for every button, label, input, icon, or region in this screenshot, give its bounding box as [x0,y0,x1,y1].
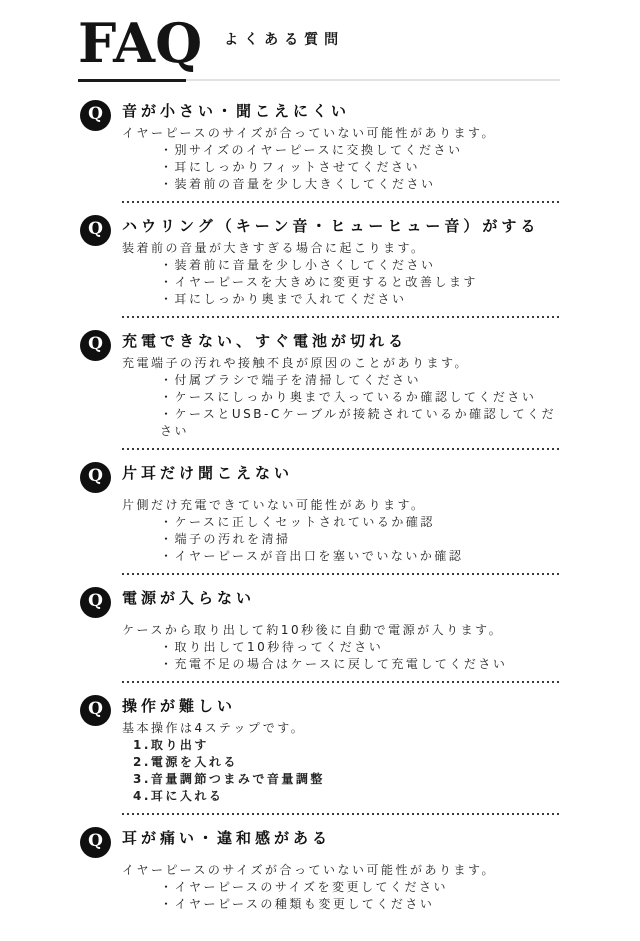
dotted-separator [122,813,560,815]
faq-logo: FAQ [78,16,202,70]
faq-item-3: Q 充電できない、すぐ電池が切れる 充電端子の汚れや接触不良が原因のことがありま… [78,326,560,458]
faq-question: 電源が入らない [122,587,560,609]
header-rule [78,79,560,82]
dotted-separator [122,316,560,318]
faq-step: 3.音量調節つまみで音量調整 [133,771,560,788]
faq-question: 耳が痛い・違和感がある [122,827,560,849]
faq-answer: イヤーピースのサイズが合っていない可能性があります。 [122,862,560,879]
page-subtitle: よくある質問 [224,29,344,49]
faq-tip: ・装着前に音量を少し小さくしてください [160,257,560,274]
faq-item-1: Q 音が小さい・聞こえにくい イヤーピースのサイズが合っていない可能性があります… [78,96,560,211]
faq-tip: ・ケースにしっかり奥まで入っているか確認してください [160,389,560,406]
faq-list: Q 音が小さい・聞こえにくい イヤーピースのサイズが合っていない可能性があります… [78,96,560,921]
dotted-separator [122,681,560,683]
faq-question: 操作が難しい [122,695,560,717]
faq-item-2: Q ハウリング（キーン音・ヒューヒュー音）がする 装着前の音量が大きすぎる場合に… [78,211,560,326]
faq-tip-list: ・取り出して10秒待ってください ・充電不足の場合はケースに戻して充電してくださ… [122,639,560,673]
dotted-separator [122,201,560,203]
faq-question: ハウリング（キーン音・ヒューヒュー音）がする [122,215,560,237]
faq-tip: ・ケースとUSB-Cケーブルが接続されているか確認してください [160,406,560,440]
faq-tip-list: ・付属ブラシで端子を清掃してください ・ケースにしっかり奥まで入っているか確認し… [122,372,560,440]
faq-tip: ・イヤーピースの種類も変更してください [160,896,560,913]
q-badge-icon: Q [80,330,111,361]
page-header: FAQ よくある質問 [78,16,560,82]
q-badge-icon: Q [80,695,111,726]
faq-tip: ・耳にしっかりフィットさせてください [160,159,560,176]
faq-tip-list: ・別サイズのイヤーピースに交換してください ・耳にしっかりフィットさせてください… [122,142,560,193]
q-badge-icon: Q [80,215,111,246]
header-rule-light-segment [186,79,560,81]
header-rule-dark-segment [78,79,186,82]
q-badge-icon: Q [80,587,111,618]
faq-step: 2.電源を入れる [133,754,560,771]
q-badge-icon: Q [80,100,111,131]
faq-step: 4.耳に入れる [133,788,560,805]
faq-tip: ・イヤーピースが音出口を塞いでいないか確認 [160,548,560,565]
q-badge-icon: Q [80,827,111,858]
faq-tip: ・イヤーピースを大きめに変更すると改善します [160,274,560,291]
faq-tip-list: ・イヤーピースのサイズを変更してください ・イヤーピースの種類も変更してください [122,879,560,913]
faq-question: 片耳だけ聞こえない [122,462,560,484]
faq-answer: 片側だけ充電できていない可能性があります。 [122,497,560,514]
faq-tip: ・端子の汚れを清掃 [160,531,560,548]
faq-page: FAQ よくある質問 Q 音が小さい・聞こえにくい イヤーピースのサイズが合って… [0,0,640,941]
faq-answer: 充電端子の汚れや接触不良が原因のことがあります。 [122,355,560,372]
faq-tip-list: ・ケースに正しくセットされているか確認 ・端子の汚れを清掃 ・イヤーピースが音出… [122,514,560,565]
faq-tip: ・充電不足の場合はケースに戻して充電してください [160,656,560,673]
faq-item-5: Q 電源が入らない ケースから取り出して約10秒後に自動で電源が入ります。 ・取… [78,583,560,691]
faq-tip: ・装着前の音量を少し大きくしてください [160,176,560,193]
q-badge-icon: Q [80,462,111,493]
faq-tip-list: ・装着前に音量を少し小さくしてください ・イヤーピースを大きめに変更すると改善し… [122,257,560,308]
faq-question: 充電できない、すぐ電池が切れる [122,330,560,352]
faq-tip: ・耳にしっかり奥まで入れてください [160,291,560,308]
faq-tip: ・ケースに正しくセットされているか確認 [160,514,560,531]
faq-item-7: Q 耳が痛い・違和感がある イヤーピースのサイズが合っていない可能性があります。… [78,823,560,921]
faq-answer: ケースから取り出して約10秒後に自動で電源が入ります。 [122,622,560,639]
dotted-separator [122,573,560,575]
faq-answer: 装着前の音量が大きすぎる場合に起こります。 [122,240,560,257]
faq-step: 1.取り出す [133,737,560,754]
faq-item-4: Q 片耳だけ聞こえない 片側だけ充電できていない可能性があります。 ・ケースに正… [78,458,560,583]
faq-tip: ・付属ブラシで端子を清掃してください [160,372,560,389]
faq-tip: ・取り出して10秒待ってください [160,639,560,656]
faq-item-6: Q 操作が難しい 基本操作は4ステップです。 1.取り出す 2.電源を入れる 3… [78,691,560,823]
faq-step-list: 1.取り出す 2.電源を入れる 3.音量調節つまみで音量調整 4.耳に入れる [122,737,560,805]
faq-answer: 基本操作は4ステップです。 [122,720,560,737]
faq-tip: ・イヤーピースのサイズを変更してください [160,879,560,896]
header-logo-row: FAQ よくある質問 [78,16,560,70]
faq-tip: ・別サイズのイヤーピースに交換してください [160,142,560,159]
dotted-separator [122,448,560,450]
faq-answer: イヤーピースのサイズが合っていない可能性があります。 [122,125,560,142]
faq-question: 音が小さい・聞こえにくい [122,100,560,122]
